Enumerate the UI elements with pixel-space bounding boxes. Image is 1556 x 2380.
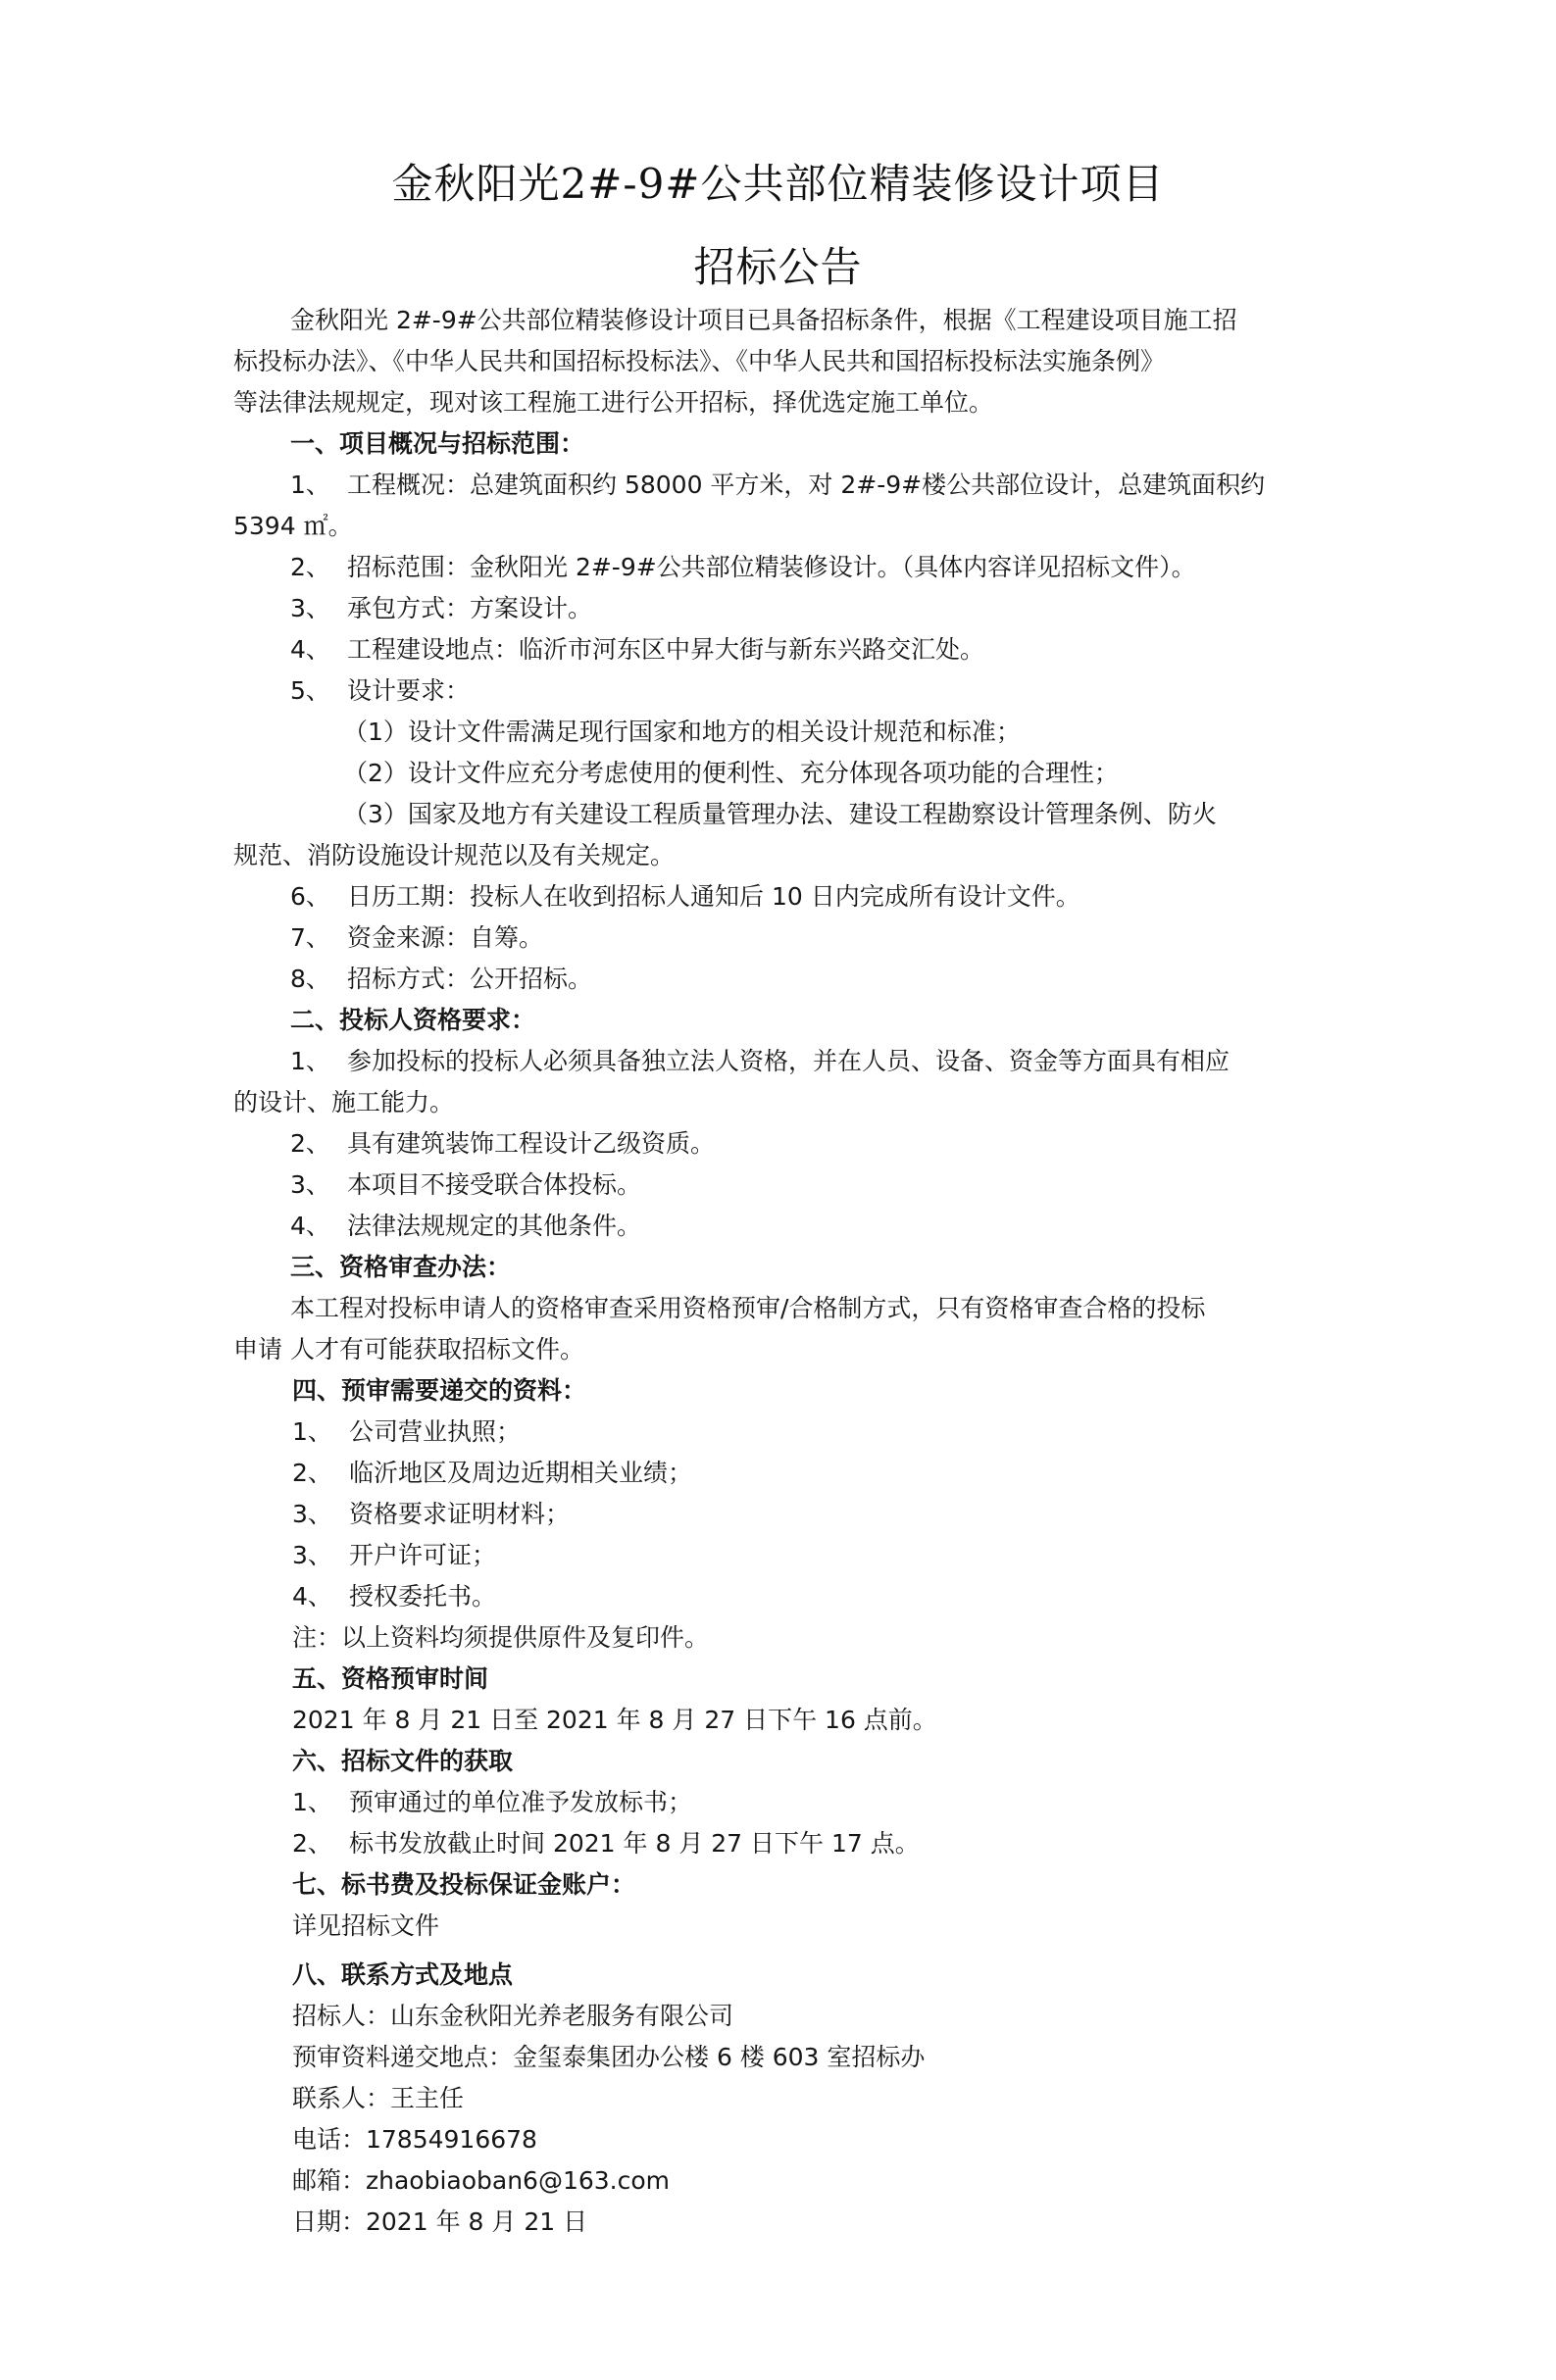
item-text: 具有建筑装饰工程设计乙级资质。 <box>347 1129 715 1158</box>
list-item: 1、工程概况：总建筑面积约 58000 平方米，对 2#-9#楼公共部位设计，总… <box>290 471 1265 500</box>
item-number: 3、 <box>292 1541 349 1570</box>
list-item: 3、承包方式：方案设计。 <box>290 594 592 623</box>
section-4-note: 注：以上资料均须提供原件及复印件。 <box>292 1623 709 1653</box>
list-item: 3、开户许可证； <box>292 1541 496 1570</box>
section-heading-8: 八、联系方式及地点 <box>292 1960 513 1990</box>
item-text: 参加投标的投标人必须具备独立法人资格，并在人员、设备、资金等方面具有相应 <box>347 1047 1230 1075</box>
item-number: 1、 <box>290 1047 347 1076</box>
item-number: 2、 <box>292 1459 349 1488</box>
item-number: 8、 <box>290 965 347 994</box>
document-page: 金秋阳光2#-9#公共部位精装修设计项目 招标公告 金秋阳光 2#-9#公共部位… <box>0 0 1556 2380</box>
list-item: 8、招标方式：公开招标。 <box>290 965 592 994</box>
item-text: 授权委托书。 <box>349 1582 496 1611</box>
list-item: 2、招标范围：金秋阳光 2#-9#公共部位精装修设计。（具体内容详见招标文件）。 <box>290 553 1196 582</box>
item-text: 公司营业执照； <box>349 1417 521 1446</box>
list-item: 2、标书发放截止时间 2021 年 8 月 27 日下午 17 点。 <box>292 1829 920 1859</box>
item-number: 1、 <box>292 1788 349 1817</box>
item-number: 2、 <box>290 553 347 582</box>
item-number: 3、 <box>292 1500 349 1529</box>
item-text: 法律法规规定的其他条件。 <box>347 1212 641 1240</box>
list-item: 1、公司营业执照； <box>292 1417 521 1447</box>
item-number: 4、 <box>290 635 347 665</box>
item-text: 临沂地区及周边近期相关业绩； <box>349 1459 692 1487</box>
item-number: 1、 <box>290 471 347 500</box>
item-text: 工程概况：总建筑面积约 58000 平方米，对 2#-9#楼公共部位设计，总建筑… <box>347 471 1265 499</box>
section-heading-1: 一、项目概况与招标范围： <box>290 429 584 459</box>
item-text: 资格要求证明材料； <box>349 1500 570 1528</box>
prequalification-period: 2021 年 8 月 21 日至 2021 年 8 月 27 日下午 16 点前… <box>292 1706 937 1735</box>
section-7-text: 详见招标文件 <box>292 1911 439 1941</box>
list-item: 4、法律法规规定的其他条件。 <box>290 1212 641 1241</box>
design-requirement: （2）设计文件应充分考虑使用的便利性、充分体现各项功能的合理性； <box>343 759 1119 788</box>
item-text: 招标方式：公开招标。 <box>347 965 592 993</box>
list-item: 2、具有建筑装饰工程设计乙级资质。 <box>290 1129 715 1159</box>
tenderer: 招标人：山东金秋阳光养老服务有限公司 <box>292 2002 733 2031</box>
design-requirement: （1）设计文件需满足现行国家和地方的相关设计规范和标准； <box>343 718 1021 747</box>
announcement-date: 日期：2021 年 8 月 21 日 <box>292 2207 587 2237</box>
item-text: 预审通过的单位准予发放标书； <box>349 1788 692 1816</box>
item-text: 设计要求： <box>347 676 470 705</box>
submission-location: 预审资料递交地点：金玺泰集团办公楼 6 楼 603 室招标办 <box>292 2043 925 2072</box>
section-heading-6: 六、招标文件的获取 <box>292 1747 513 1776</box>
design-requirement: （3）国家及地方有关建设工程质量管理办法、建设工程勘察设计管理条例、防火 <box>343 800 1217 829</box>
contact-person: 联系人：王主任 <box>292 2084 464 2113</box>
item-number: 1、 <box>292 1417 349 1447</box>
list-item: 7、资金来源：自筹。 <box>290 923 543 953</box>
section-3-continuation: 申请 人才有可能获取招标文件。 <box>233 1335 584 1364</box>
document-subtitle: 招标公告 <box>0 235 1556 294</box>
item-continuation: 5394 ㎡。 <box>233 512 353 541</box>
intro-line-3: 等法律法规规定，现对该工程施工进行公开招标，择优选定施工单位。 <box>233 388 993 418</box>
list-item: 3、本项目不接受联合体投标。 <box>290 1170 641 1200</box>
item-text: 开户许可证； <box>349 1541 496 1569</box>
item-number: 2、 <box>290 1129 347 1159</box>
list-item: 6、日历工期：投标人在收到招标人通知后 10 日内完成所有设计文件。 <box>290 882 1080 912</box>
item-number: 6、 <box>290 882 347 912</box>
list-item: 1、参加投标的投标人必须具备独立法人资格，并在人员、设备、资金等方面具有相应 <box>290 1047 1230 1076</box>
item-text: 本项目不接受联合体投标。 <box>347 1170 641 1199</box>
intro-line-2: 标投标办法》、《中华人民共和国招标投标法》、《中华人民共和国招标投标法实施条例》 <box>233 347 1165 376</box>
section-heading-4: 四、预审需要递交的资料： <box>292 1376 586 1406</box>
item-number: 4、 <box>292 1582 349 1611</box>
item-number: 2、 <box>292 1829 349 1859</box>
list-item: 4、授权委托书。 <box>292 1582 496 1611</box>
section-heading-7: 七、标书费及投标保证金账户： <box>292 1870 635 1900</box>
list-item: 4、工程建设地点：临沂市河东区中昇大街与新东兴路交汇处。 <box>290 635 984 665</box>
item-number: 3、 <box>290 1170 347 1200</box>
item-text: 承包方式：方案设计。 <box>347 594 592 622</box>
intro-line-1: 金秋阳光 2#-9#公共部位精装修设计项目已具备招标条件，根据《工程建设项目施工… <box>290 306 1237 335</box>
item-text: 标书发放截止时间 2021 年 8 月 27 日下午 17 点。 <box>349 1829 920 1858</box>
section-heading-3: 三、资格审查办法： <box>290 1253 511 1282</box>
list-item: 2、临沂地区及周边近期相关业绩； <box>292 1459 692 1488</box>
item-text: 工程建设地点：临沂市河东区中昇大街与新东兴路交汇处。 <box>347 635 984 664</box>
document-title: 金秋阳光2#-9#公共部位精装修设计项目 <box>0 152 1556 211</box>
item-text: 日历工期：投标人在收到招标人通知后 10 日内完成所有设计文件。 <box>347 882 1080 911</box>
item-text: 资金来源：自筹。 <box>347 923 543 952</box>
list-item: 3、资格要求证明材料； <box>292 1500 570 1529</box>
item-number: 7、 <box>290 923 347 953</box>
section-3-text: 本工程对投标申请人的资格审查采用资格预审/合格制方式，只有资格审查合格的投标 <box>290 1294 1205 1323</box>
contact-phone: 电话：17854916678 <box>292 2125 537 2155</box>
item-text: 招标范围：金秋阳光 2#-9#公共部位精装修设计。（具体内容详见招标文件）。 <box>347 553 1196 581</box>
section-heading-5: 五、资格预审时间 <box>292 1664 488 1694</box>
contact-email: 邮箱：zhaobiaoban6@163.com <box>292 2166 670 2196</box>
section-heading-2: 二、投标人资格要求： <box>290 1006 535 1035</box>
item-number: 4、 <box>290 1212 347 1241</box>
item-number: 5、 <box>290 676 347 706</box>
list-item: 5、设计要求： <box>290 676 470 706</box>
item-continuation: 的设计、施工能力。 <box>233 1088 454 1117</box>
list-item: 1、预审通过的单位准予发放标书； <box>292 1788 692 1817</box>
item-number: 3、 <box>290 594 347 623</box>
design-requirement-continuation: 规范、消防设施设计规范以及有关规定。 <box>233 841 675 870</box>
